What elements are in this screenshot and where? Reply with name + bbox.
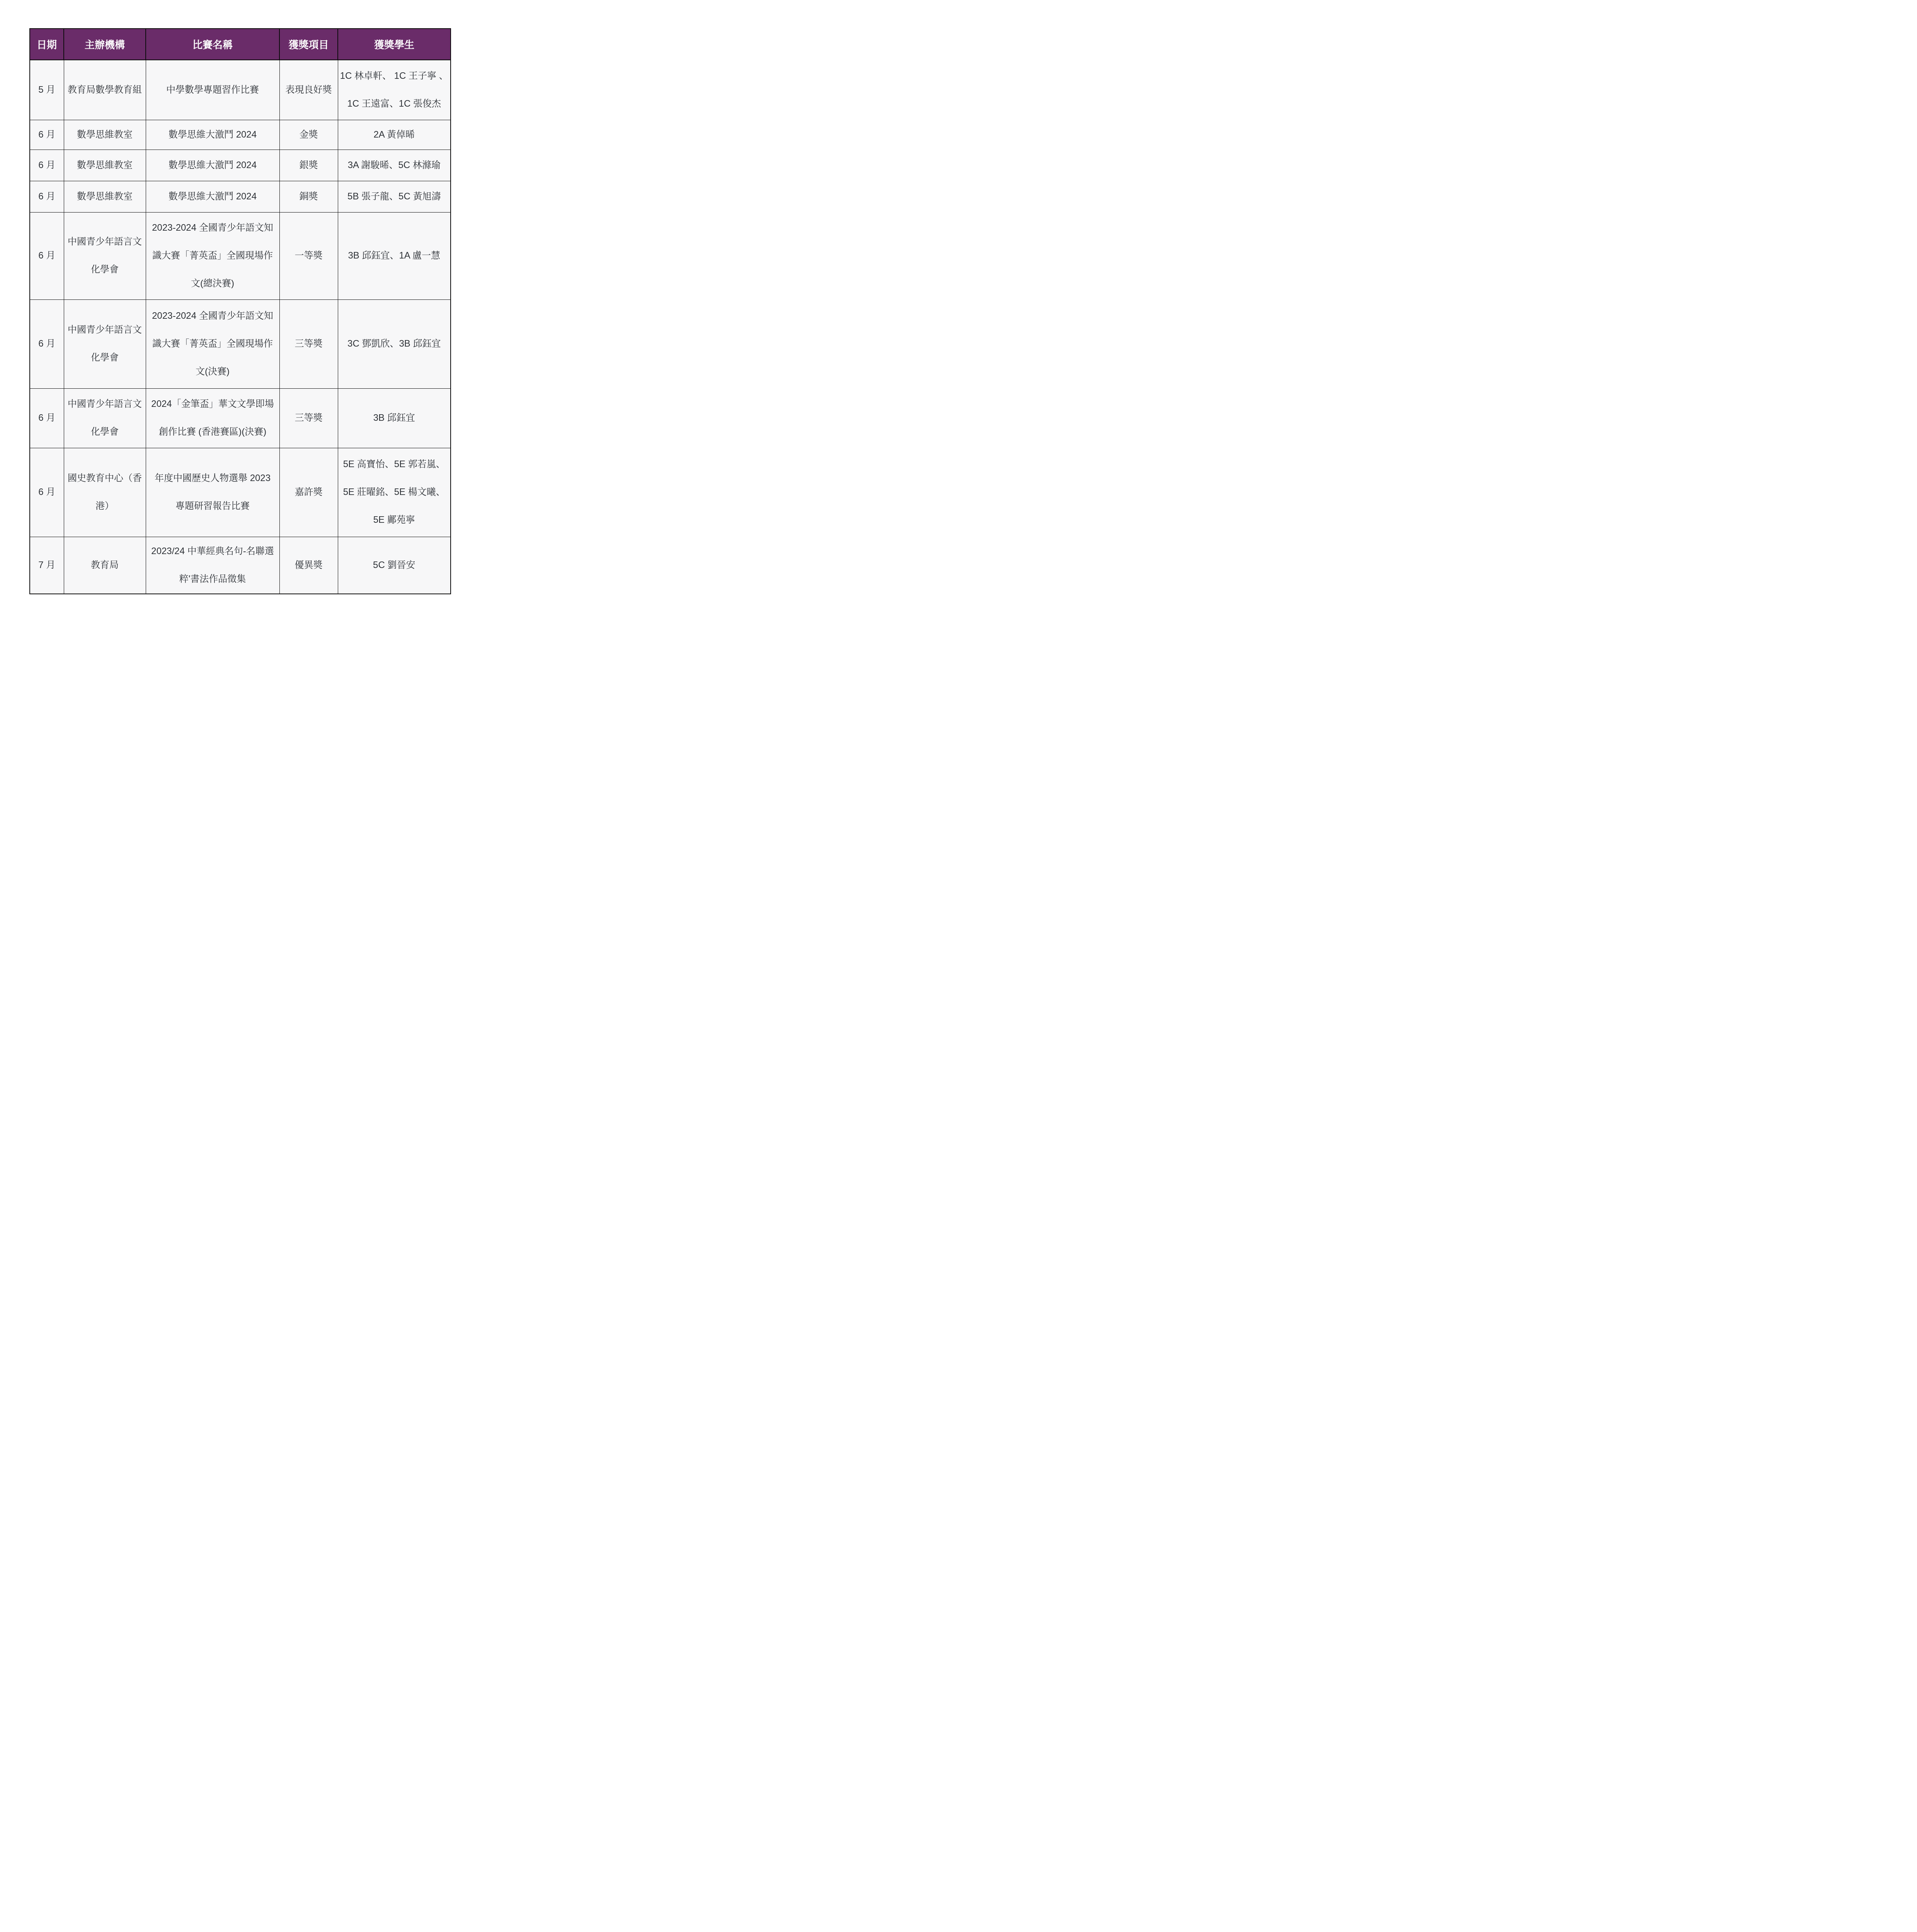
- students-cell: 5B 張子龍、5C 黃旭濤: [338, 181, 451, 212]
- col-header-students: 獲獎學生: [338, 29, 451, 60]
- date-cell: 6 月: [30, 448, 64, 537]
- award-cell: 表現良好獎: [279, 60, 338, 120]
- organizer-cell: 教育局: [64, 537, 146, 594]
- organizer-cell: 數學思維教室: [64, 120, 146, 150]
- date-cell: 6 月: [30, 388, 64, 448]
- table-row: 5 月 教育局數學教育組 中學數學專題習作比賽 表現良好獎 1C 林卓軒、 1C…: [30, 60, 451, 120]
- competition-cell: 2023-2024 全國青少年語文知 識大賽「菁英盃」全國現場作 文(決賽): [146, 299, 279, 388]
- competition-cell: 2023-2024 全國青少年語文知 識大賽「菁英盃」全國現場作 文(總決賽): [146, 212, 279, 299]
- students-cell: 3A 謝駿晞、5C 林滌瑜: [338, 150, 451, 181]
- students-cell: 3C 鄧凱欣、3B 邱鈺宜: [338, 299, 451, 388]
- competition-cell: 2023/24 中華經典名句-名聯選 粹'書法作品徵集: [146, 537, 279, 594]
- date-cell: 7 月: [30, 537, 64, 594]
- students-cell: 2A 黃倬晞: [338, 120, 451, 150]
- date-cell: 5 月: [30, 60, 64, 120]
- competition-cell: 數學思維大激鬥 2024: [146, 181, 279, 212]
- awards-table: 日期 主辦機構 比賽名稱 獲獎項目 獲獎學生 5 月 教育局數學教育組 中學數學…: [29, 28, 451, 594]
- header-row: 日期 主辦機構 比賽名稱 獲獎項目 獲獎學生: [30, 29, 451, 60]
- organizer-cell: 教育局數學教育組: [64, 60, 146, 120]
- table-row: 6 月 數學思維教室 數學思維大激鬥 2024 金獎 2A 黃倬晞: [30, 120, 451, 150]
- competition-cell: 數學思維大激鬥 2024: [146, 120, 279, 150]
- competition-cell: 年度中國歷史人物選舉 2023 專題研習報告比賽: [146, 448, 279, 537]
- students-cell: 3B 邱鈺宜、1A 盧一慧: [338, 212, 451, 299]
- col-header-competition: 比賽名稱: [146, 29, 279, 60]
- date-cell: 6 月: [30, 299, 64, 388]
- competition-cell: 數學思維大激鬥 2024: [146, 150, 279, 181]
- award-cell: 三等獎: [279, 388, 338, 448]
- col-header-date: 日期: [30, 29, 64, 60]
- award-cell: 嘉許獎: [279, 448, 338, 537]
- table-row: 6 月 國史教育中心（香 港） 年度中國歷史人物選舉 2023 專題研習報告比賽…: [30, 448, 451, 537]
- table-row: 6 月 中國青少年語言文 化學會 2024「金筆盃」華文文學即場 創作比賽 (香…: [30, 388, 451, 448]
- table-row: 6 月 中國青少年語言文 化學會 2023-2024 全國青少年語文知 識大賽「…: [30, 299, 451, 388]
- award-cell: 銀獎: [279, 150, 338, 181]
- col-header-organizer: 主辦機構: [64, 29, 146, 60]
- award-cell: 一等獎: [279, 212, 338, 299]
- organizer-cell: 中國青少年語言文 化學會: [64, 388, 146, 448]
- students-cell: 1C 林卓軒、 1C 王子寧 、 1C 王遠富、1C 張俊杰: [338, 60, 451, 120]
- table-row: 6 月 數學思維教室 數學思維大激鬥 2024 銀獎 3A 謝駿晞、5C 林滌瑜: [30, 150, 451, 181]
- award-cell: 金獎: [279, 120, 338, 150]
- organizer-cell: 中國青少年語言文 化學會: [64, 299, 146, 388]
- col-header-award: 獲獎項目: [279, 29, 338, 60]
- date-cell: 6 月: [30, 120, 64, 150]
- competition-cell: 中學數學專題習作比賽: [146, 60, 279, 120]
- award-cell: 三等獎: [279, 299, 338, 388]
- organizer-cell: 國史教育中心（香 港）: [64, 448, 146, 537]
- date-cell: 6 月: [30, 150, 64, 181]
- document-page: 日期 主辦機構 比賽名稱 獲獎項目 獲獎學生 5 月 教育局數學教育組 中學數學…: [0, 0, 479, 678]
- date-cell: 6 月: [30, 212, 64, 299]
- date-cell: 6 月: [30, 181, 64, 212]
- organizer-cell: 數學思維教室: [64, 150, 146, 181]
- table-row: 6 月 中國青少年語言文 化學會 2023-2024 全國青少年語文知 識大賽「…: [30, 212, 451, 299]
- organizer-cell: 數學思維教室: [64, 181, 146, 212]
- table-row: 6 月 數學思維教室 數學思維大激鬥 2024 銅獎 5B 張子龍、5C 黃旭濤: [30, 181, 451, 212]
- students-cell: 3B 邱鈺宜: [338, 388, 451, 448]
- table-row: 7 月 教育局 2023/24 中華經典名句-名聯選 粹'書法作品徵集 優異獎 …: [30, 537, 451, 594]
- award-cell: 銅獎: [279, 181, 338, 212]
- organizer-cell: 中國青少年語言文 化學會: [64, 212, 146, 299]
- award-cell: 優異獎: [279, 537, 338, 594]
- students-cell: 5C 劉晉安: [338, 537, 451, 594]
- competition-cell: 2024「金筆盃」華文文學即場 創作比賽 (香港賽區)(決賽): [146, 388, 279, 448]
- students-cell: 5E 高寶怡、5E 郭若嵐、 5E 莊曜銘、5E 楊文曦、 5E 鄺苑寧: [338, 448, 451, 537]
